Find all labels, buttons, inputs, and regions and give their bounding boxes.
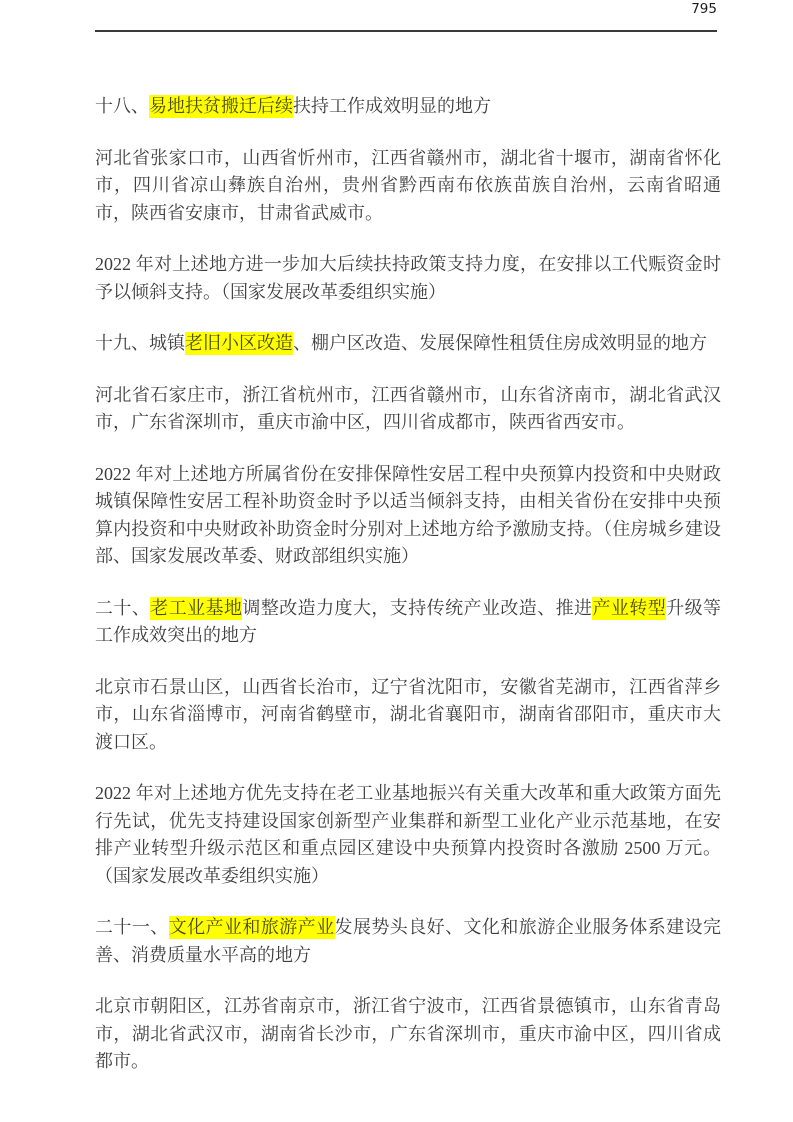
- section-heading: 十九、城镇老旧小区改造、棚户区改造、发展保障性租赁住房成效明显的地方: [95, 330, 721, 358]
- header-rule: [95, 30, 717, 32]
- highlighted-text: 老工业基地: [150, 597, 242, 620]
- highlighted-text: 产业转型: [592, 597, 666, 620]
- heading-text: 十八、: [95, 96, 149, 116]
- heading-text: 、棚户区改造、发展保障性租赁住房成效明显的地方: [293, 333, 707, 353]
- heading-text: 扶持工作成效明显的地方: [293, 96, 491, 116]
- section: 十八、易地扶贫搬迁后续扶持工作成效明显的地方河北省张家口市，山西省忻州市，江西省…: [95, 93, 721, 306]
- highlighted-text: 老旧小区改造: [185, 332, 293, 355]
- section: 二十、老工业基地调整改造力度大，支持传统产业改造、推进产业转型升级等工作成效突出…: [95, 595, 721, 891]
- paragraph: 2022 年对上述地方所属省份在安排保障性安居工程中央预算内投资和中央财政城镇保…: [95, 461, 721, 571]
- section: 十九、城镇老旧小区改造、棚户区改造、发展保障性租赁住房成效明显的地方河北省石家庄…: [95, 330, 721, 571]
- heading-text: 二十、: [95, 598, 150, 618]
- section-heading: 十八、易地扶贫搬迁后续扶持工作成效明显的地方: [95, 93, 721, 121]
- page-number: 795: [95, 2, 717, 17]
- highlighted-text: 文化产业和旅游产业: [169, 916, 335, 939]
- paragraph: 河北省张家口市，山西省忻州市，江西省赣州市，湖北省十堰市，湖南省怀化市，四川省凉…: [95, 145, 721, 228]
- highlighted-text: 易地扶贫搬迁后续: [149, 95, 293, 118]
- section: 二十一、文化产业和旅游产业发展势头良好、文化和旅游企业服务体系建设完善、消费质量…: [95, 914, 721, 1076]
- heading-text: 十九、城镇: [95, 333, 185, 353]
- paragraph: 北京市朝阳区，江苏省南京市，浙江省宁波市，江西省景德镇市，山东省青岛市，湖北省武…: [95, 993, 721, 1076]
- paragraph: 北京市石景山区，山西省长治市，辽宁省沈阳市，安徽省芜湖市，江西省萍乡市，山东省淄…: [95, 674, 721, 757]
- document-body: 十八、易地扶贫搬迁后续扶持工作成效明显的地方河北省张家口市，山西省忻州市，江西省…: [95, 93, 721, 1100]
- page-header: 795: [95, 2, 717, 32]
- paragraph: 河北省石家庄市，浙江省杭州市，江西省赣州市，山东省济南市，湖北省武汉市，广东省深…: [95, 382, 721, 437]
- document-page: { "header": { "page_number": "795" }, "s…: [0, 0, 793, 1122]
- heading-text: 二十一、: [95, 917, 169, 937]
- paragraph: 2022 年对上述地方进一步加大后续扶持政策支持力度，在安排以工代赈资金时予以倾…: [95, 251, 721, 306]
- section-heading: 二十、老工业基地调整改造力度大，支持传统产业改造、推进产业转型升级等工作成效突出…: [95, 595, 721, 650]
- section-heading: 二十一、文化产业和旅游产业发展势头良好、文化和旅游企业服务体系建设完善、消费质量…: [95, 914, 721, 969]
- heading-text: 调整改造力度大，支持传统产业改造、推进: [242, 598, 592, 618]
- paragraph: 2022 年对上述地方优先支持在老工业基地振兴有关重大改革和重大政策方面先行先试…: [95, 780, 721, 890]
